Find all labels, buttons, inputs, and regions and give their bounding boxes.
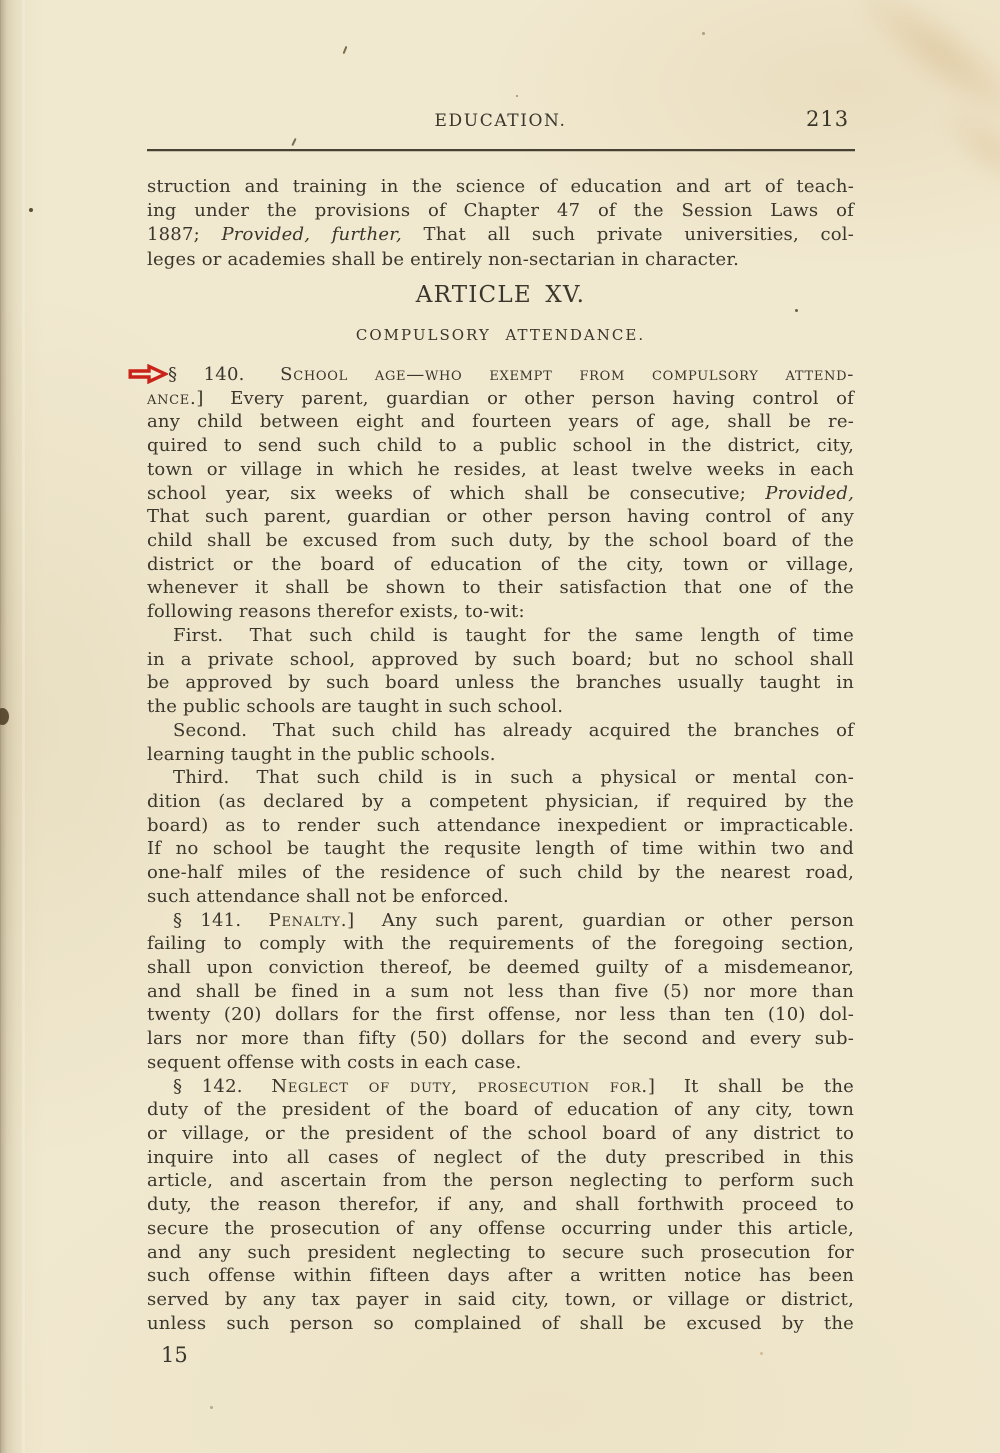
text-line: If no school be taught the requsite leng… <box>147 837 854 861</box>
intro-paragraph: struction and training in the science of… <box>147 175 854 272</box>
text-line: learning taught in the public schools. <box>147 743 854 767</box>
text-line: ance.] Every parent, guardian or other p… <box>147 387 854 411</box>
text-line: leges or academies shall be entirely non… <box>147 248 854 272</box>
text-line: inquire into all cases of neglect of the… <box>147 1146 854 1170</box>
text-line: unless such person so complained of shal… <box>147 1312 854 1336</box>
header-rule <box>147 149 855 151</box>
text-line: school year, six weeks of which shall be… <box>147 482 854 506</box>
paper-speck <box>795 309 798 312</box>
text-line: district or the board of education of th… <box>147 553 854 577</box>
paper-speck <box>702 32 705 35</box>
paper-speck <box>291 138 296 146</box>
paper-speck <box>343 46 348 54</box>
text-line: duty of the president of the board of ed… <box>147 1098 854 1122</box>
text-line: failing to comply with the requirements … <box>147 932 854 956</box>
text-line: following reasons therefor exists, to-wi… <box>147 600 854 624</box>
text-line: the public schools are taught in such sc… <box>147 695 854 719</box>
paragraph: Third. That such child is in such a phys… <box>147 766 854 908</box>
text-line: lars nor more than fifty (50) dollars fo… <box>147 1027 854 1051</box>
running-header-title: EDUCATION. <box>147 111 854 131</box>
text-line: such attendance shall not be enforced. <box>147 885 854 909</box>
text-line: be approved by such board unless the bra… <box>147 671 854 695</box>
text-line: 1887; Provided, further, That all such p… <box>147 223 854 247</box>
text-line: served by any tax payer in said city, to… <box>147 1288 854 1312</box>
text-line: First. That such child is taught for the… <box>147 624 854 648</box>
page-number: 213 <box>806 107 849 131</box>
text-line: sequent offense with costs in each case. <box>147 1051 854 1075</box>
paragraph: struction and training in the science of… <box>147 175 854 272</box>
paper-speck <box>760 1352 763 1355</box>
text-line: shall upon conviction thereof, be deemed… <box>147 956 854 980</box>
paper-speck <box>210 1406 213 1409</box>
body-text: § 140. School age—who exempt from compul… <box>147 363 854 1335</box>
text-line: article, and ascertain from the person n… <box>147 1169 854 1193</box>
paragraph: Second. That such child has already acqu… <box>147 719 854 766</box>
text-line: and any such president neglecting to sec… <box>147 1241 854 1265</box>
paragraph: § 141. Penalty.] Any such parent, guardi… <box>147 909 854 1075</box>
binding-notch-mark <box>0 708 9 725</box>
paragraph: § 142. Neglect of duty, prosecution for.… <box>147 1075 854 1336</box>
text-line: child shall be excused from such duty, b… <box>147 529 854 553</box>
paper-stain <box>926 88 1000 208</box>
paper-speck <box>29 208 33 212</box>
text-line: § 142. Neglect of duty, prosecution for.… <box>147 1075 854 1099</box>
text-line: such offense within fifteen days after a… <box>147 1264 854 1288</box>
text-line: or village, or the president of the scho… <box>147 1122 854 1146</box>
signature-number: 15 <box>161 1343 188 1367</box>
text-line: one-half miles of the residence of such … <box>147 861 854 885</box>
paper-speck <box>516 95 518 97</box>
text-line: duty, the reason therefor, if any, and s… <box>147 1193 854 1217</box>
text-line: That such parent, guardian or other pers… <box>147 505 854 529</box>
text-line: any child between eight and fourteen yea… <box>147 410 854 434</box>
text-line: ing under the provisions of Chapter 47 o… <box>147 199 854 223</box>
text-line: town or village in which he resides, at … <box>147 458 854 482</box>
text-line: § 140. School age—who exempt from compul… <box>147 363 854 387</box>
text-line: struction and training in the science of… <box>147 175 854 199</box>
text-line: quired to send such child to a public sc… <box>147 434 854 458</box>
paper-stain <box>831 0 1000 150</box>
binding-shadow <box>0 0 43 1453</box>
text-line: Second. That such child has already acqu… <box>147 719 854 743</box>
text-line: twenty (20) dollars for the first offens… <box>147 1003 854 1027</box>
text-line: board) as to render such attendance inex… <box>147 814 854 838</box>
paragraph: First. That such child is taught for the… <box>147 624 854 719</box>
text-line: Third. That such child is in such a phys… <box>147 766 854 790</box>
article-subheading: COMPULSORY ATTENDANCE. <box>147 326 854 344</box>
paragraph: § 140. School age—who exempt from compul… <box>147 363 854 624</box>
article-heading: ARTICLE XV. <box>147 282 854 308</box>
text-line: and shall be fined in a sum not less tha… <box>147 980 854 1004</box>
text-line: § 141. Penalty.] Any such parent, guardi… <box>147 909 854 933</box>
text-line: in a private school, approved by such bo… <box>147 648 854 672</box>
text-line: secure the prosecution of any offense oc… <box>147 1217 854 1241</box>
text-line: whenever it shall be shown to their sati… <box>147 576 854 600</box>
scanned-book-page: EDUCATION. 213 struction and training in… <box>0 0 1000 1453</box>
text-line: dition (as declared by a competent physi… <box>147 790 854 814</box>
